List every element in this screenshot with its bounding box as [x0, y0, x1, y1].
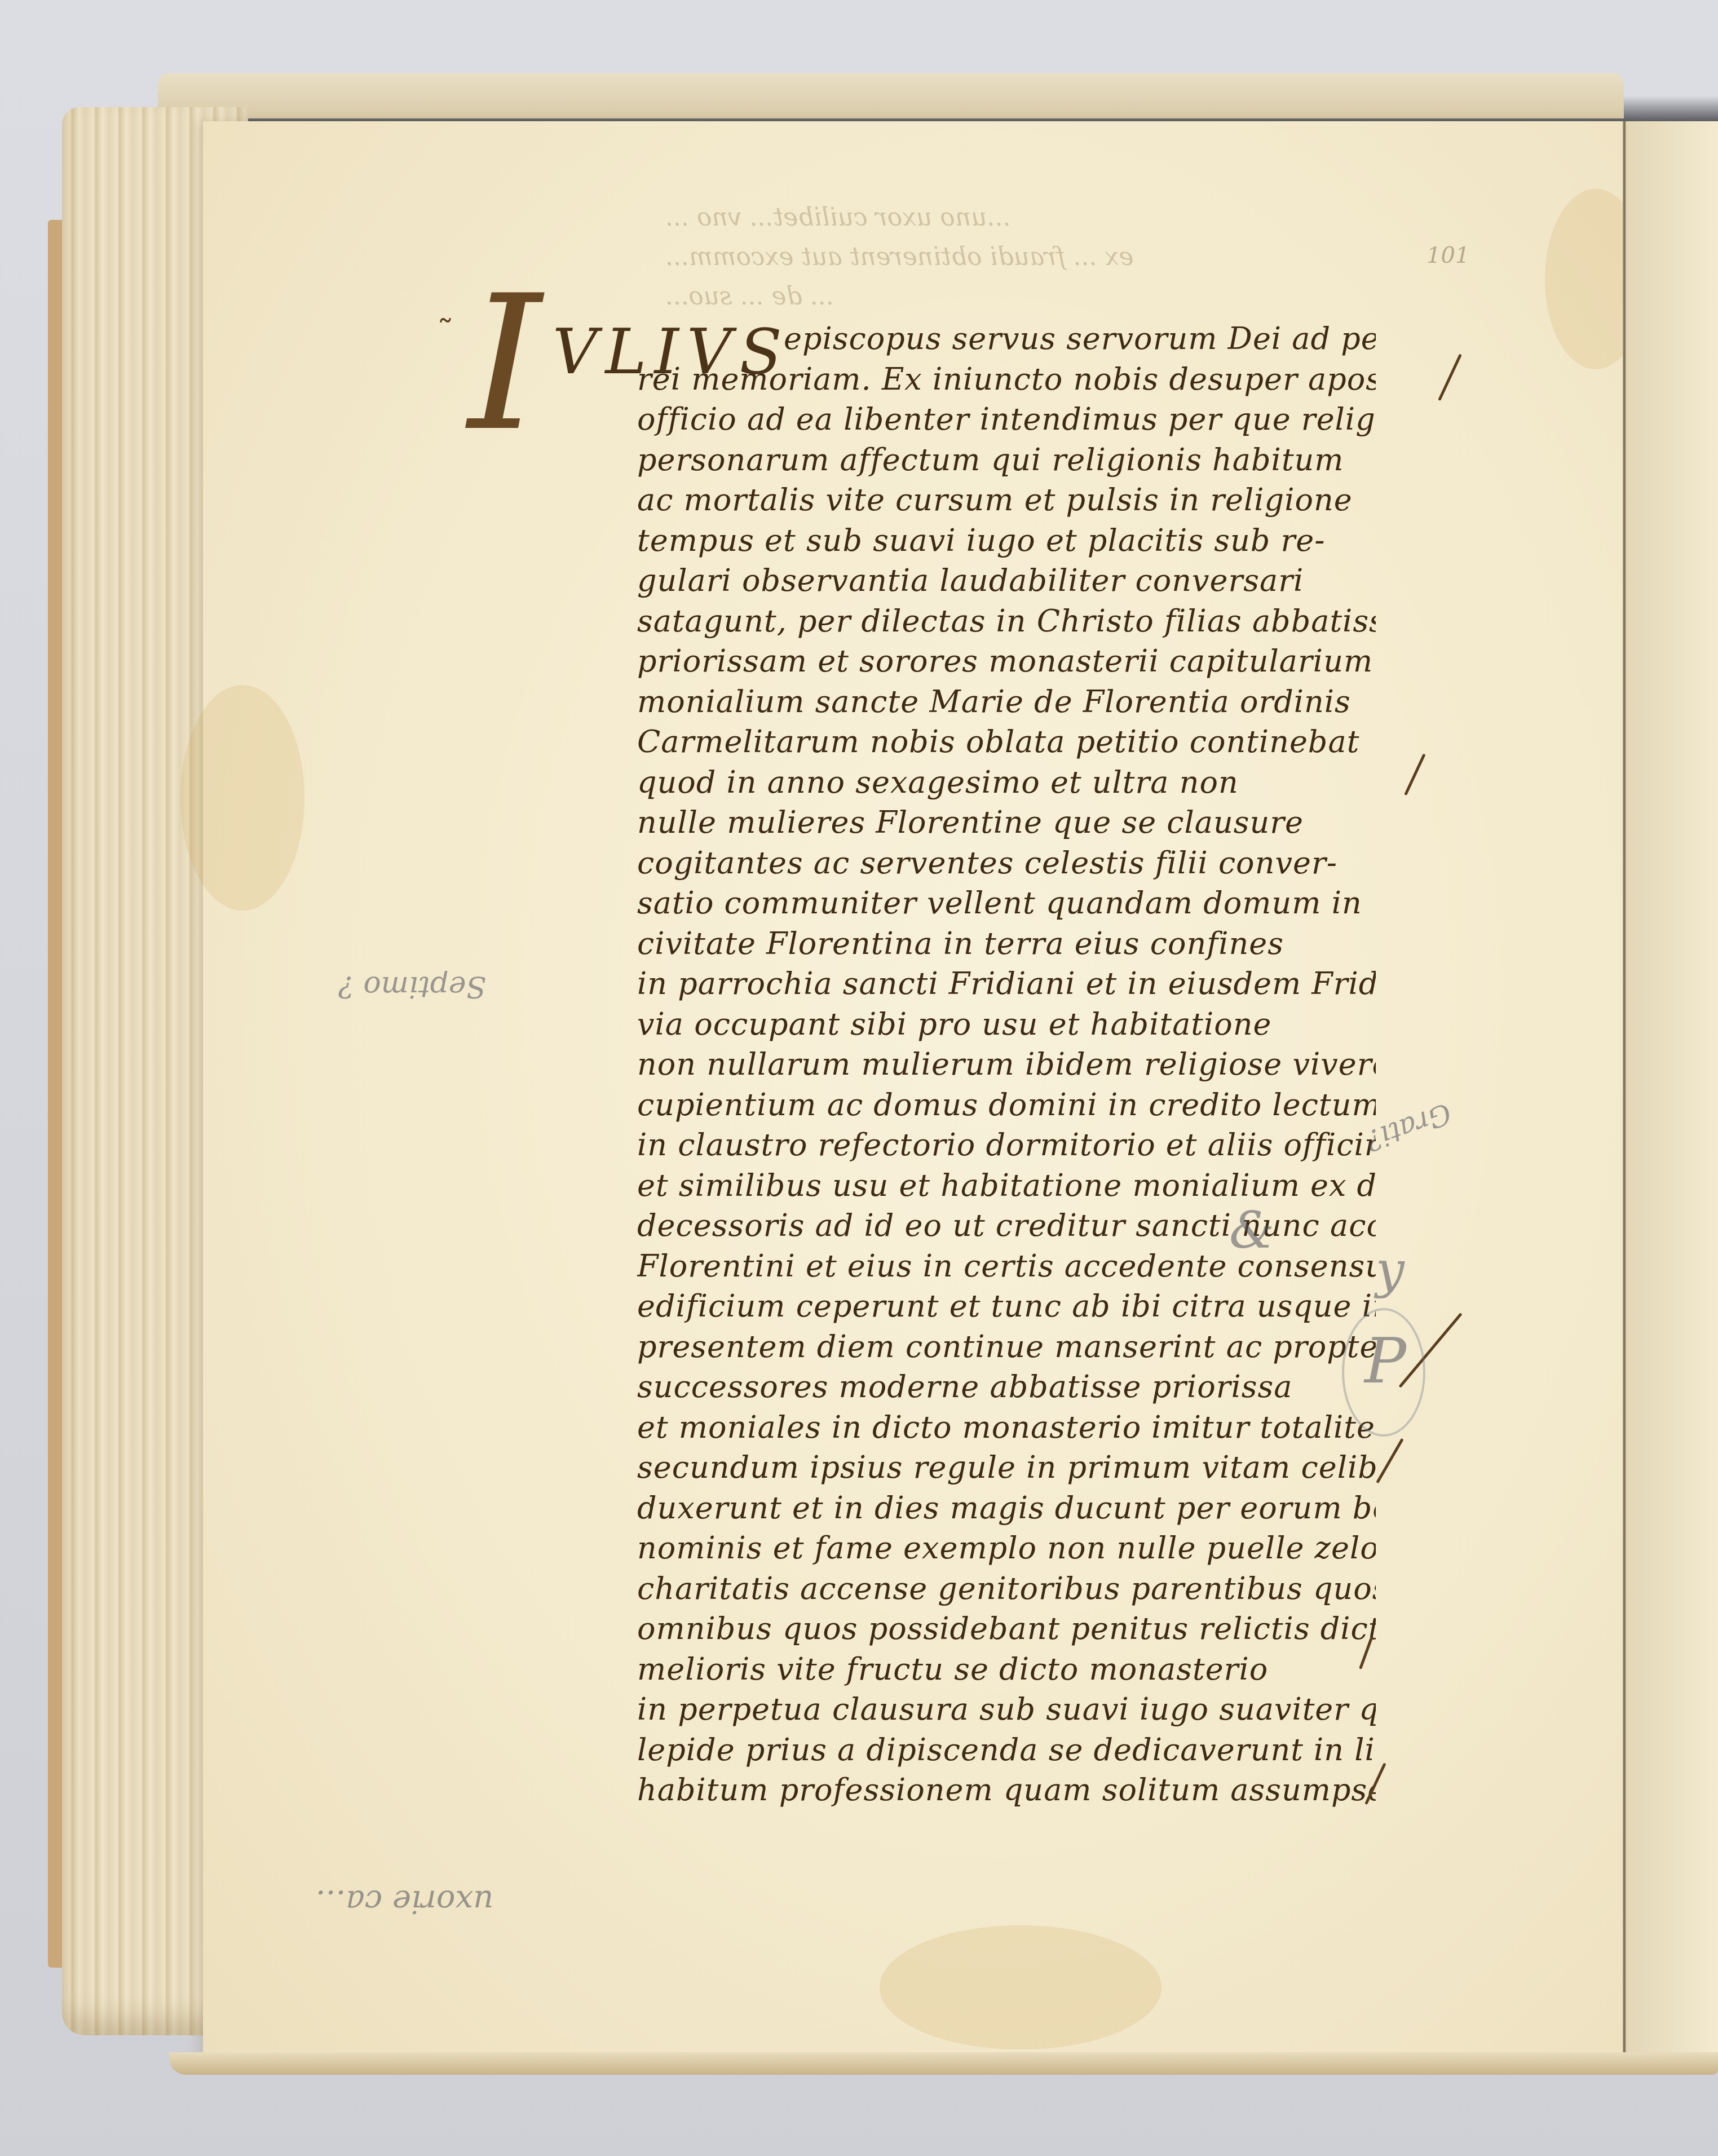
foxing-stain	[880, 1925, 1161, 2049]
page-stack-top-edge	[158, 73, 1624, 118]
text-line: in perpetua clausura sub suavi iugo suav…	[637, 1689, 1376, 1730]
pencil-loop-mark: y	[1376, 1240, 1405, 1300]
text-line: et moniales in dicto monasterio imitur t…	[637, 1407, 1376, 1448]
pencil-loop-mark: &	[1229, 1201, 1274, 1260]
text-line: gulari observantia laudabiliter conversa…	[637, 560, 1376, 601]
text-line: quod in anno sexagesimo et ultra non	[637, 762, 1376, 803]
text-line: satio communiter vellent quandam domum i…	[637, 883, 1376, 924]
text-line: charitatis accense genitoribus parentibu…	[637, 1569, 1376, 1609]
foxing-stain	[180, 685, 304, 911]
text-line: duxerunt et in dies magis ducunt per eor…	[637, 1488, 1376, 1528]
text-line: nominis et fame exemplo non nulle puelle…	[637, 1528, 1376, 1569]
text-line: nulle mulieres Florentine que se clausur…	[637, 802, 1376, 843]
text-line: rei memoriam. Ex iniuncto nobis desuper …	[637, 359, 1376, 400]
text-line: successores moderne abbatisse priorissa	[637, 1367, 1376, 1407]
text-line: et similibus usu et habitatione monialiu…	[637, 1165, 1376, 1206]
text-line: habitum professionem quam solitum assump…	[637, 1770, 1376, 1810]
page-bottom-edge	[169, 2052, 1718, 2075]
decorated-initial: I	[468, 271, 541, 457]
text-line: personarum affectum qui religionis habit…	[637, 440, 1376, 480]
pencil-margin-note-left: Septimo ?	[338, 970, 486, 1004]
text-line: tempus et sub suavi iugo et placitis sub…	[637, 520, 1376, 561]
text-line: officio ad ea libenter intendimus per qu…	[637, 399, 1376, 440]
pencil-circle-mark	[1342, 1308, 1425, 1437]
bleed-through-line: ex ... fraudi obtinerent aut excomm...	[665, 242, 1133, 271]
bleed-through-line: ... de ... suo...	[665, 282, 834, 311]
text-line: cupientium ac domus domini in credito le…	[637, 1085, 1376, 1125]
text-line: ac mortalis vite cursum et pulsis in rel…	[637, 480, 1376, 520]
bleed-through-line: ...uno uxor cuilibet... vno ...	[665, 203, 1010, 232]
text-line: non nullarum mulierum ibidem religiose v…	[637, 1044, 1376, 1085]
text-line: episcopus servus servorum Dei ad perpetu…	[637, 319, 1376, 359]
text-line: cogitantes ac serventes celestis filii c…	[637, 843, 1376, 883]
text-line: in parrochia sancti Fridiani et in eiusd…	[637, 964, 1376, 1004]
text-line: in claustro refectorio dormitorio et ali…	[637, 1125, 1376, 1165]
text-line: edificium ceperunt et tunc ab ibi citra …	[637, 1286, 1376, 1327]
text-line: priorissam et sorores monasterii capitul…	[637, 641, 1376, 682]
text-line: satagunt, per dilectas in Christo filias…	[637, 601, 1376, 642]
pencil-bottom-note: uxorie ca...	[316, 1883, 493, 1920]
text-line: monialium sancte Marie de Florentia ordi…	[637, 682, 1376, 722]
text-line: Carmelitarum nobis oblata petitio contin…	[637, 722, 1376, 762]
text-line: omnibus quos possidebant penitus relicti…	[637, 1609, 1376, 1649]
text-line: civitate Florentina in terra eius confin…	[637, 924, 1376, 964]
text-line: presentem diem continue manserint ac pro…	[637, 1327, 1376, 1367]
text-line: secundum ipsius regule in primum vitam c…	[637, 1447, 1376, 1488]
text-line: lepide prius a dipiscenda se dedicaverun…	[637, 1730, 1376, 1770]
initial-mark: ˜	[437, 313, 454, 352]
facing-page-edge	[1626, 121, 1718, 2061]
text-line: via occupant sibi pro usu et habitatione	[637, 1004, 1376, 1045]
folio-number: 101	[1426, 242, 1469, 268]
text-line: melioris vite fructu se dicto monasterio	[637, 1649, 1376, 1690]
text-block: episcopus servus servorum Dei ad perpetu…	[637, 319, 1376, 1810]
